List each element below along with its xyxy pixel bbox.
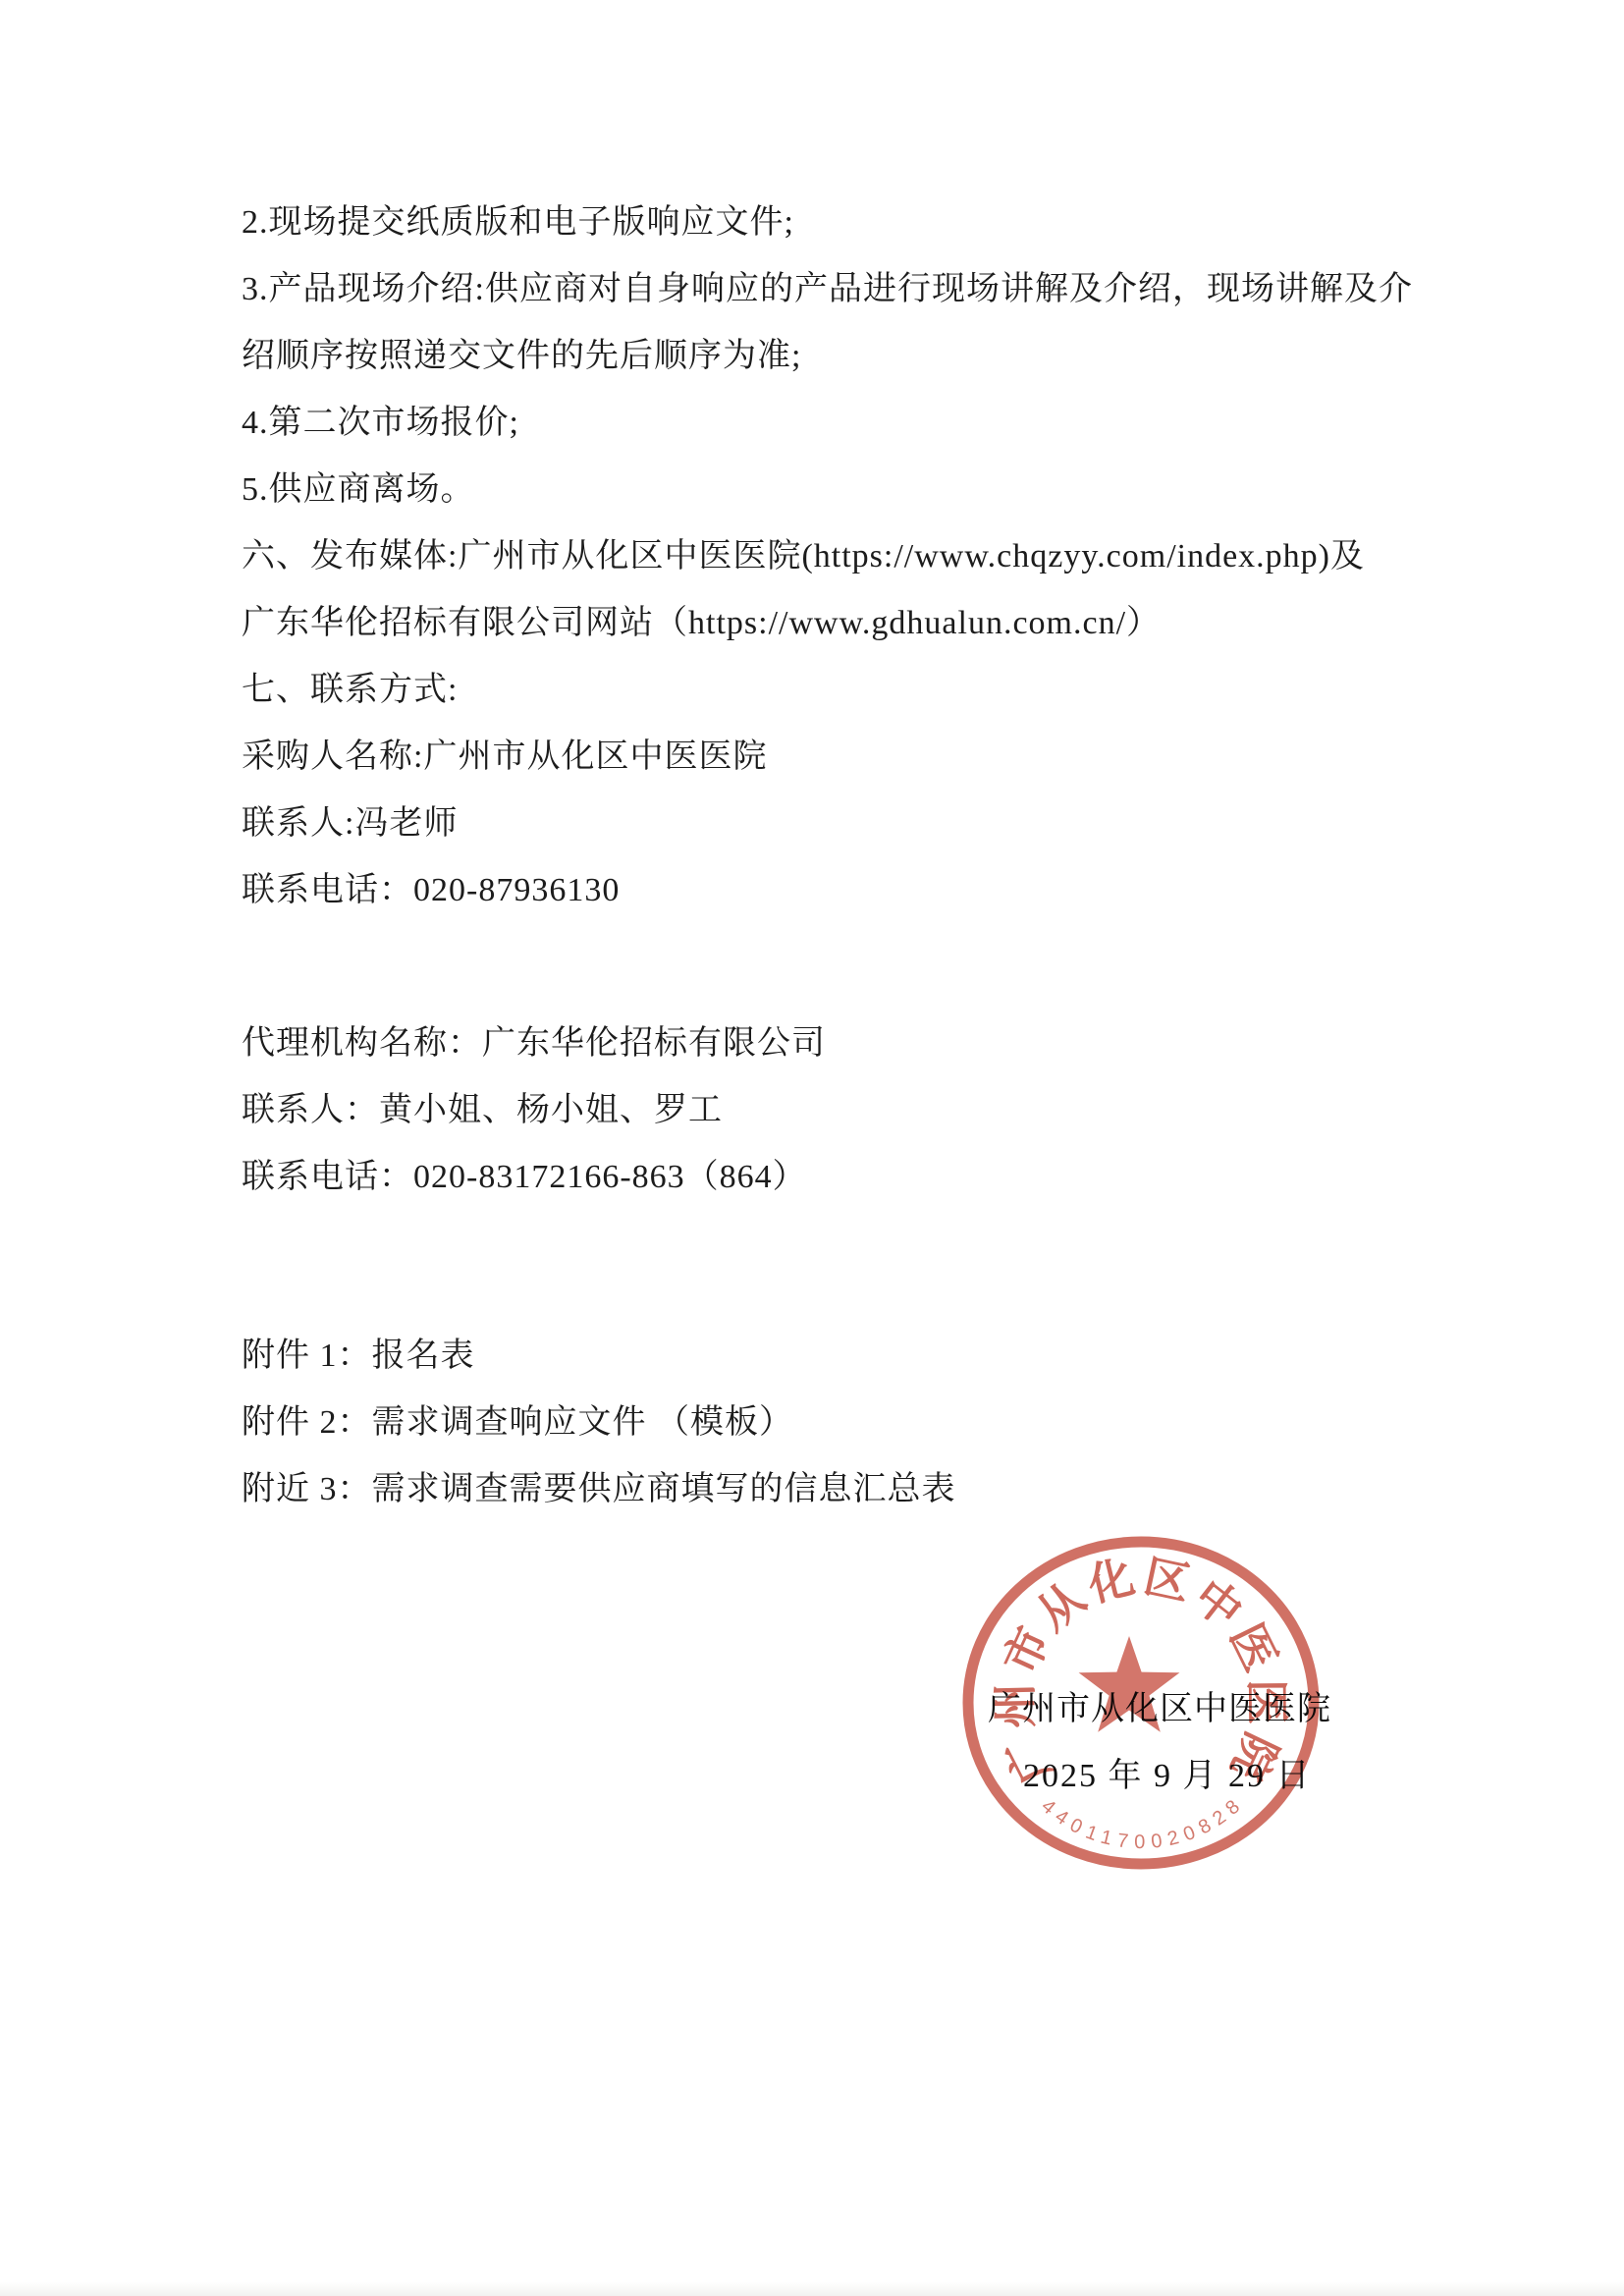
- text-line: 七、联系方式:: [242, 657, 1469, 724]
- text-line: 采购人名称:广州市从化区中医医院: [242, 724, 1469, 791]
- attachment-line: 附近 3：需求调查需要供应商填写的信息汇总表: [242, 1456, 1469, 1523]
- scan-edge-shadow: [0, 2282, 1624, 2296]
- text-line: 联系电话：020-83172166-863（864）: [242, 1144, 1469, 1211]
- seal-graphic: 广州市从化区中医医院 4401170020828: [962, 1534, 1320, 1872]
- text-line: 六、发布媒体:广州市从化区中医医院(https://www.chqzyy.com…: [242, 523, 1469, 590]
- text-line: 联系人:冯老师: [242, 791, 1469, 857]
- text-line: 代理机构名称：广东华伦招标有限公司: [242, 1011, 1469, 1077]
- attachment-line: 附件 2：需求调查响应文件 （模板）: [242, 1390, 1469, 1456]
- official-seal: 广州市从化区中医医院 2025 年 9 月 29 日 广州市从化区中医医院 44…: [962, 1534, 1320, 1872]
- text-line: 3.产品现场介绍:供应商对自身响应的产品进行现场讲解及介绍，现场讲解及介: [242, 256, 1469, 323]
- text-line: 联系电话：020-87936130: [242, 857, 1469, 924]
- text-line: 广东华伦招标有限公司网站（https://www.gdhualun.com.cn…: [242, 590, 1469, 657]
- text-line: 2.现场提交纸质版和电子版响应文件;: [242, 190, 1469, 256]
- attachment-line: 附件 1：报名表: [242, 1323, 1469, 1390]
- text-line: 绍顺序按照递交文件的先后顺序为准;: [242, 323, 1469, 390]
- text-line: 5.供应商离场。: [242, 457, 1469, 523]
- text-line: 联系人：黄小姐、杨小姐、罗工: [242, 1077, 1469, 1144]
- document-body: 2.现场提交纸质版和电子版响应文件; 3.产品现场介绍:供应商对自身响应的产品进…: [242, 190, 1469, 1523]
- scanned-document-page: 2.现场提交纸质版和电子版响应文件; 3.产品现场介绍:供应商对自身响应的产品进…: [0, 0, 1624, 2296]
- seal-star-icon: [1079, 1636, 1180, 1732]
- text-line: 4.第二次市场报价;: [242, 390, 1469, 457]
